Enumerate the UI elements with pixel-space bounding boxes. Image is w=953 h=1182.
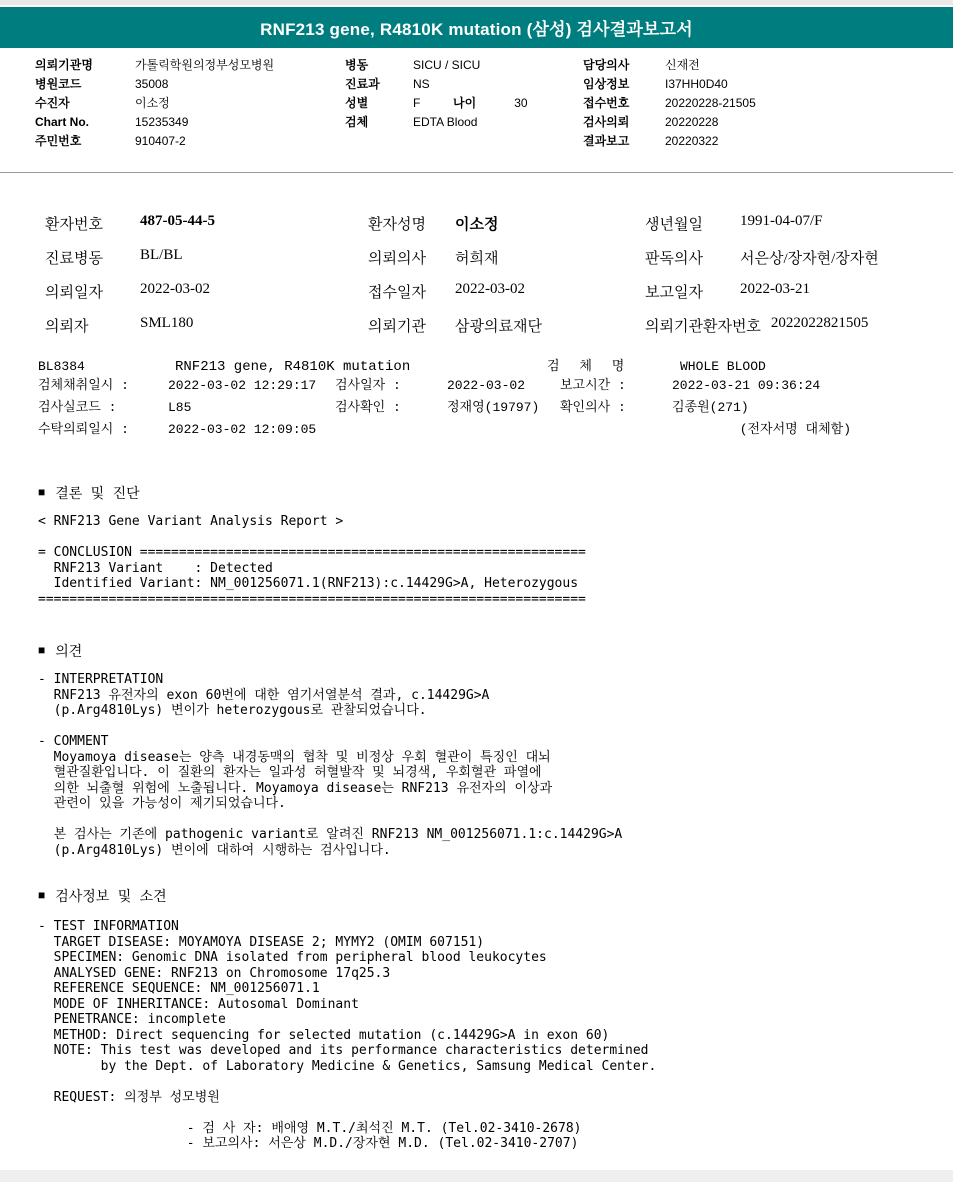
field-value: 정재영(19797) — [447, 397, 539, 419]
info-row: 결과보고20220322 — [583, 132, 756, 151]
section-title: ■ 결론 및 진단 — [38, 483, 953, 503]
field-label: 환자성명 — [368, 213, 455, 234]
section-marker-icon: ■ — [38, 889, 45, 903]
field-value: 2022022821505 — [771, 315, 879, 336]
section-title-text: 결론 및 진단 — [55, 483, 139, 503]
header-divider — [0, 172, 953, 173]
patient-row: 진료병동BL/BL 의뢰의사허희재 판독의사서은상/장자현/장자현 — [0, 247, 953, 281]
esign-note: (전자서명 대체함) — [740, 419, 851, 441]
info-column-middle: 병동SICU / SICU 진료과NS 성별F나이30 검체EDTA Blood — [345, 56, 528, 132]
patient-row: 의뢰자SML180 의뢰기관삼광의료재단 의뢰기관환자번호20220228215… — [0, 315, 953, 349]
field-label: 검사일자 : — [335, 375, 447, 397]
field-label: 진료과 — [345, 75, 413, 94]
field-value: 2022-03-21 09:36:24 — [672, 375, 820, 397]
field-label: 성별 — [345, 94, 413, 113]
field-value: SICU / SICU — [413, 56, 480, 75]
field-label: 담당의사 — [583, 56, 665, 75]
info-row: 임상정보I37HH0D40 — [583, 75, 756, 94]
field-label: 의뢰일자 — [45, 281, 140, 302]
section-title: ■ 검사정보 및 소견 — [38, 886, 953, 906]
field-label: Chart No. — [35, 113, 135, 132]
field-value: 15235349 — [135, 113, 188, 132]
info-row: 병원코드35008 — [35, 75, 274, 94]
test-code: BL8384 — [38, 359, 175, 374]
section-marker-icon: ■ — [38, 644, 45, 658]
testinfo-body: - TEST INFORMATION TARGET DISEASE: MOYAM… — [38, 919, 953, 1152]
field-label: 의뢰의사 — [368, 247, 455, 268]
field-label: 검체 — [345, 113, 413, 132]
field-value: 삼광의료재단 — [455, 315, 542, 336]
opinion-section: ■ 의견 - INTERPRETATION RNF213 유전자의 exon 6… — [0, 641, 953, 858]
conclusion-body: < RNF213 Gene Variant Analysis Report > … — [38, 514, 953, 607]
field-label: 의뢰자 — [45, 315, 140, 336]
conclusion-section: ■ 결론 및 진단 < RNF213 Gene Variant Analysis… — [0, 483, 953, 607]
field-label: 의뢰기관명 — [35, 56, 135, 75]
info-row: 수진자이소정 — [35, 94, 274, 113]
field-label: 접수일자 — [368, 281, 455, 302]
field-value: I37HH0D40 — [665, 75, 728, 94]
opinion-body: - INTERPRETATION RNF213 유전자의 exon 60번에 대… — [38, 672, 953, 858]
field-value: 20220228 — [665, 113, 718, 132]
field-value: 1991-04-07/F — [740, 213, 823, 234]
field-value: 910407-2 — [135, 132, 186, 151]
report-title: RNF213 gene, R4810K mutation (삼성) 검사결과보고… — [260, 15, 693, 40]
field-label: 결과보고 — [583, 132, 665, 151]
info-row: 의뢰기관명가톨릭학원의정부성모병원 — [35, 56, 274, 75]
field-value: L85 — [168, 397, 191, 419]
field-label: 수탁의뢰일시 : — [38, 419, 168, 441]
info-header: 의뢰기관명가톨릭학원의정부성모병원 병원코드35008 수진자이소정 Chart… — [0, 56, 953, 160]
field-value: 2022-03-02 12:09:05 — [168, 419, 316, 441]
field-value: 가톨릭학원의정부성모병원 — [135, 56, 274, 75]
field-value: BL/BL — [140, 247, 183, 268]
field-value: 20220228-21505 — [665, 94, 756, 113]
field-label: 진료병동 — [45, 247, 140, 268]
field-value: 20220322 — [665, 132, 718, 151]
field-label: 보고시간 : — [560, 375, 672, 397]
field-label: 검사확인 : — [335, 397, 447, 419]
field-value: 2022-03-02 — [455, 281, 525, 302]
section-title: ■ 의견 — [38, 641, 953, 661]
field-label: 보고일자 — [645, 281, 740, 302]
section-marker-icon: ■ — [38, 486, 45, 500]
field-value: 김종원(271) — [672, 397, 749, 419]
test-details: 검체채취일시 :2022-03-02 12:29:17 검사일자 :2022-0… — [0, 375, 953, 441]
info-column-right: 담당의사신재전 임상정보I37HH0D40 접수번호20220228-21505… — [583, 56, 756, 151]
patient-section: 환자번호487-05-44-5 환자성명이소정 생년월일1991-04-07/F… — [0, 213, 953, 349]
field-label: 검사의뢰 — [583, 113, 665, 132]
info-row: 검사의뢰20220228 — [583, 113, 756, 132]
report-page: { "title": "RNF213 gene, R4810K mutation… — [0, 0, 953, 1182]
field-label: 병동 — [345, 56, 413, 75]
info-row: 접수번호20220228-21505 — [583, 94, 756, 113]
info-row: Chart No.15235349 — [35, 113, 274, 132]
field-value: 30 — [514, 94, 527, 113]
field-label: 의뢰기관환자번호 — [645, 315, 771, 336]
field-label: 의뢰기관 — [368, 315, 455, 336]
field-label: 나이 — [453, 94, 476, 113]
patient-row: 의뢰일자2022-03-02 접수일자2022-03-02 보고일자2022-0… — [0, 281, 953, 315]
top-strip — [0, 0, 953, 7]
test-header-row: BL8384 RNF213 gene, R4810K mutation 검 체 … — [0, 355, 953, 375]
specimen-value: WHOLE BLOOD — [680, 359, 766, 374]
title-bar: RNF213 gene, R4810K mutation (삼성) 검사결과보고… — [0, 7, 953, 48]
patient-name: 이소정 — [455, 213, 498, 234]
footer-strip — [0, 1170, 953, 1182]
info-column-left: 의뢰기관명가톨릭학원의정부성모병원 병원코드35008 수진자이소정 Chart… — [35, 56, 274, 151]
field-value: 서은상/장자현/장자현 — [740, 247, 879, 268]
field-value: 2022-03-21 — [740, 281, 810, 302]
field-value: 2022-03-02 12:29:17 — [168, 375, 316, 397]
testinfo-section: ■ 검사정보 및 소견 - TEST INFORMATION TARGET DI… — [0, 886, 953, 1152]
patient-row: 환자번호487-05-44-5 환자성명이소정 생년월일1991-04-07/F — [0, 213, 953, 247]
info-row: 주민번호910407-2 — [35, 132, 274, 151]
info-row: 성별F나이30 — [345, 94, 528, 113]
field-value: SML180 — [140, 315, 193, 336]
field-value: F — [413, 94, 425, 113]
field-label: 접수번호 — [583, 94, 665, 113]
specimen-label: 검 체 명 — [547, 355, 680, 374]
field-value: 2022-03-02 — [140, 281, 210, 302]
info-row: 병동SICU / SICU — [345, 56, 528, 75]
field-value: 2022-03-02 — [447, 375, 525, 397]
field-value: EDTA Blood — [413, 113, 477, 132]
section-title-text: 검사정보 및 소견 — [55, 886, 166, 906]
field-label: 확인의사 : — [560, 397, 672, 419]
info-row: 검체EDTA Blood — [345, 113, 528, 132]
field-label: 수진자 — [35, 94, 135, 113]
patient-id: 487-05-44-5 — [140, 213, 215, 234]
field-value: 허희재 — [455, 247, 498, 268]
field-label: 검사실코드 : — [38, 397, 168, 419]
section-title-text: 의견 — [55, 641, 82, 661]
test-detail-row: 검사실코드 :L85 검사확인 :정재영(19797) 확인의사 :김종원(27… — [0, 397, 953, 419]
field-label: 주민번호 — [35, 132, 135, 151]
field-label: 검체채취일시 : — [38, 375, 168, 397]
info-row: 진료과NS — [345, 75, 528, 94]
field-value: 신재전 — [665, 56, 700, 75]
field-value: NS — [413, 75, 430, 94]
field-label: 판독의사 — [645, 247, 740, 268]
field-label: 생년월일 — [645, 213, 740, 234]
test-name: RNF213 gene, R4810K mutation — [175, 359, 547, 375]
test-detail-row: 검체채취일시 :2022-03-02 12:29:17 검사일자 :2022-0… — [0, 375, 953, 397]
test-detail-row: 수탁의뢰일시 :2022-03-02 12:09:05 (전자서명 대체함) — [0, 419, 953, 441]
field-label: 환자번호 — [45, 213, 140, 234]
field-label: 병원코드 — [35, 75, 135, 94]
field-label: 임상정보 — [583, 75, 665, 94]
info-row: 담당의사신재전 — [583, 56, 756, 75]
field-value: 이소정 — [135, 94, 170, 113]
field-value: 35008 — [135, 75, 168, 94]
